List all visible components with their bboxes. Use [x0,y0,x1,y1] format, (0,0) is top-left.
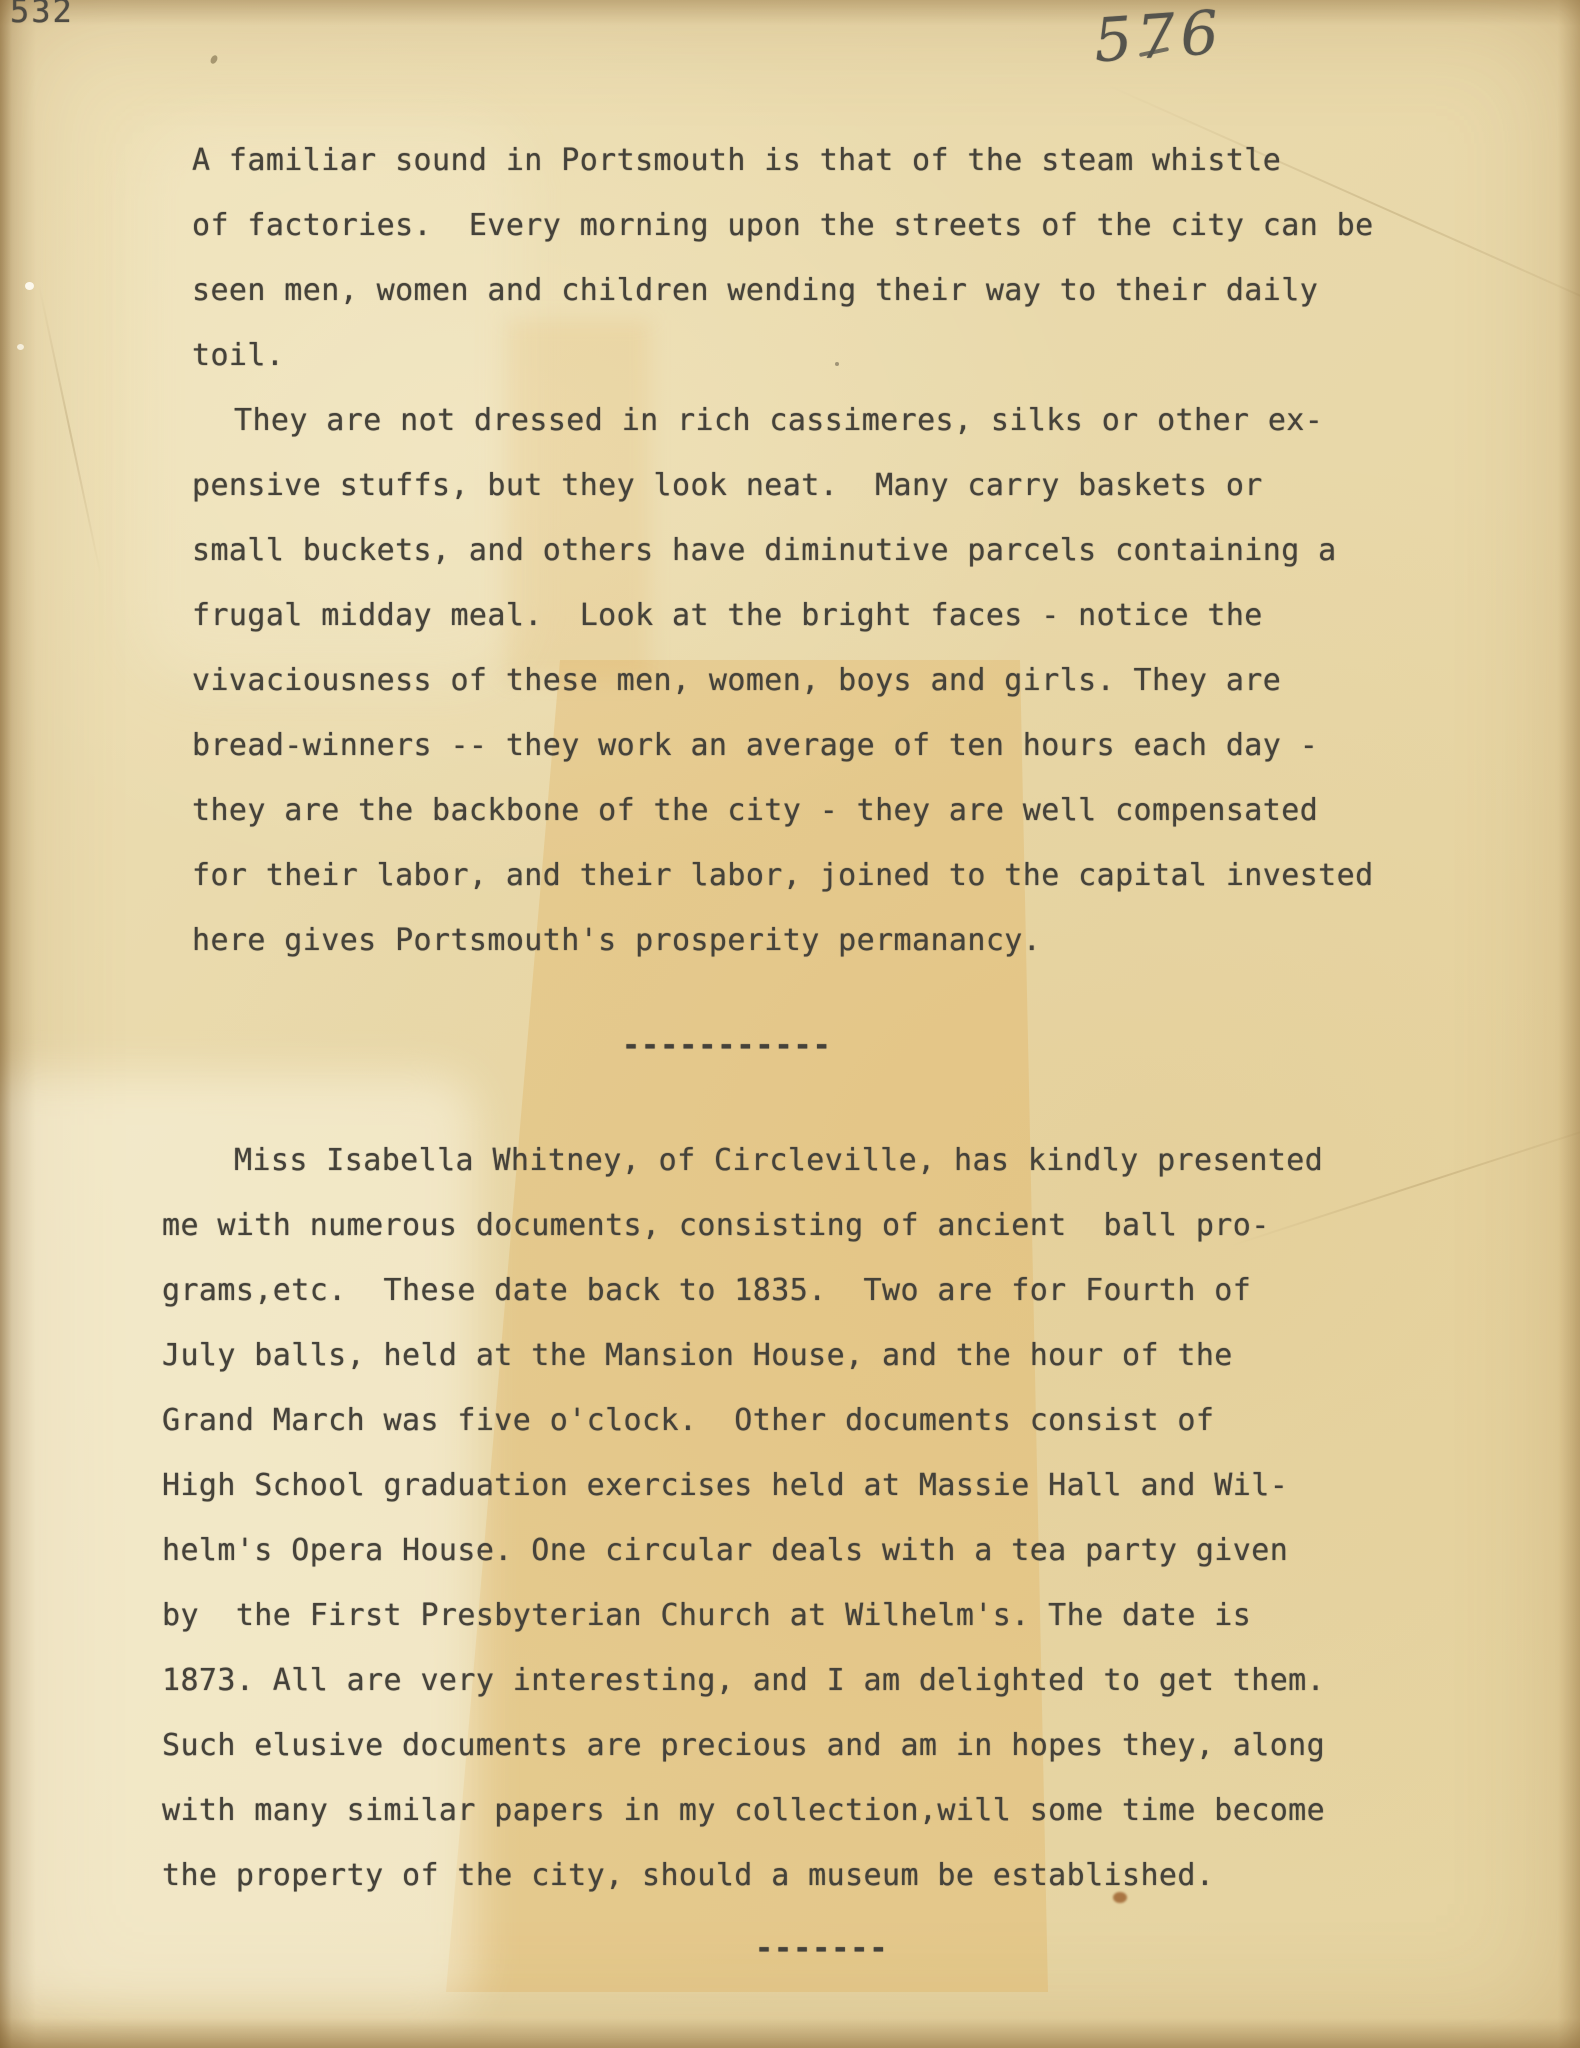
paper-tear-speck [17,344,24,350]
page-edge-right [1558,0,1580,2048]
typewritten-line: small buckets, and others have diminutiv… [192,518,1374,583]
page-edge-bottom [0,2018,1580,2048]
handwritten-page-number: 576 [1092,0,1226,76]
paragraph-steam-whistle: A familiar sound in Portsmouth is that o… [192,128,1374,973]
separator-dashes-end: ------- [755,1916,888,1981]
typewritten-line: Miss Isabella Whitney, of Circleville, h… [162,1128,1325,1193]
typewritten-line: they are the backbone of the city - they… [192,778,1374,843]
typewritten-line: seen men, women and children wending the… [192,258,1374,323]
page-edge-left [0,0,36,2048]
typewritten-line: here gives Portsmouth's prosperity perma… [192,908,1374,973]
typewritten-line: bread-winners -- they work an average of… [192,713,1374,778]
page-edge-top [0,0,1580,26]
paper-crease [38,284,102,578]
paper-fiber-speck [209,54,219,65]
separator-dashes: ----------- [622,1013,832,1078]
typewritten-line: vivaciousness of these men, women, boys … [192,648,1374,713]
typewritten-line: Such elusive documents are precious and … [162,1713,1325,1778]
typed-page-number: 532 [10,0,74,30]
typewritten-line: Grand March was five o'clock. Other docu… [162,1388,1325,1453]
typewritten-line: pensive stuffs, but they look neat. Many… [192,453,1374,518]
typewritten-line: 1873. All are very interesting, and I am… [162,1648,1325,1713]
typewritten-line: for their labor, and their labor, joined… [192,843,1374,908]
paper-tear-speck [25,282,34,290]
typewritten-line: High School graduation exercises held at… [162,1453,1325,1518]
typewritten-line: A familiar sound in Portsmouth is that o… [192,128,1374,193]
typewritten-line: helm's Opera House. One circular deals w… [162,1518,1325,1583]
typewritten-line: me with numerous documents, consisting o… [162,1193,1325,1258]
typewritten-line: July balls, held at the Mansion House, a… [162,1323,1325,1388]
scanned-typewritten-page: 532 576 A familiar sound in Portsmouth i… [0,0,1580,2048]
typewritten-line: grams,etc. These date back to 1835. Two … [162,1258,1325,1323]
typewritten-line: the property of the city, should a museu… [162,1843,1325,1908]
typewritten-line: toil. [192,323,1374,388]
typewritten-line: of factories. Every morning upon the str… [192,193,1374,258]
typewritten-line: They are not dressed in rich cassimeres,… [192,388,1374,453]
typewritten-line: frugal midday meal. Look at the bright f… [192,583,1374,648]
typewritten-line: by the First Presbyterian Church at Wilh… [162,1583,1325,1648]
paragraph-isabella-whitney: Miss Isabella Whitney, of Circleville, h… [162,1128,1325,1908]
typewritten-line: with many similar papers in my collectio… [162,1778,1325,1843]
